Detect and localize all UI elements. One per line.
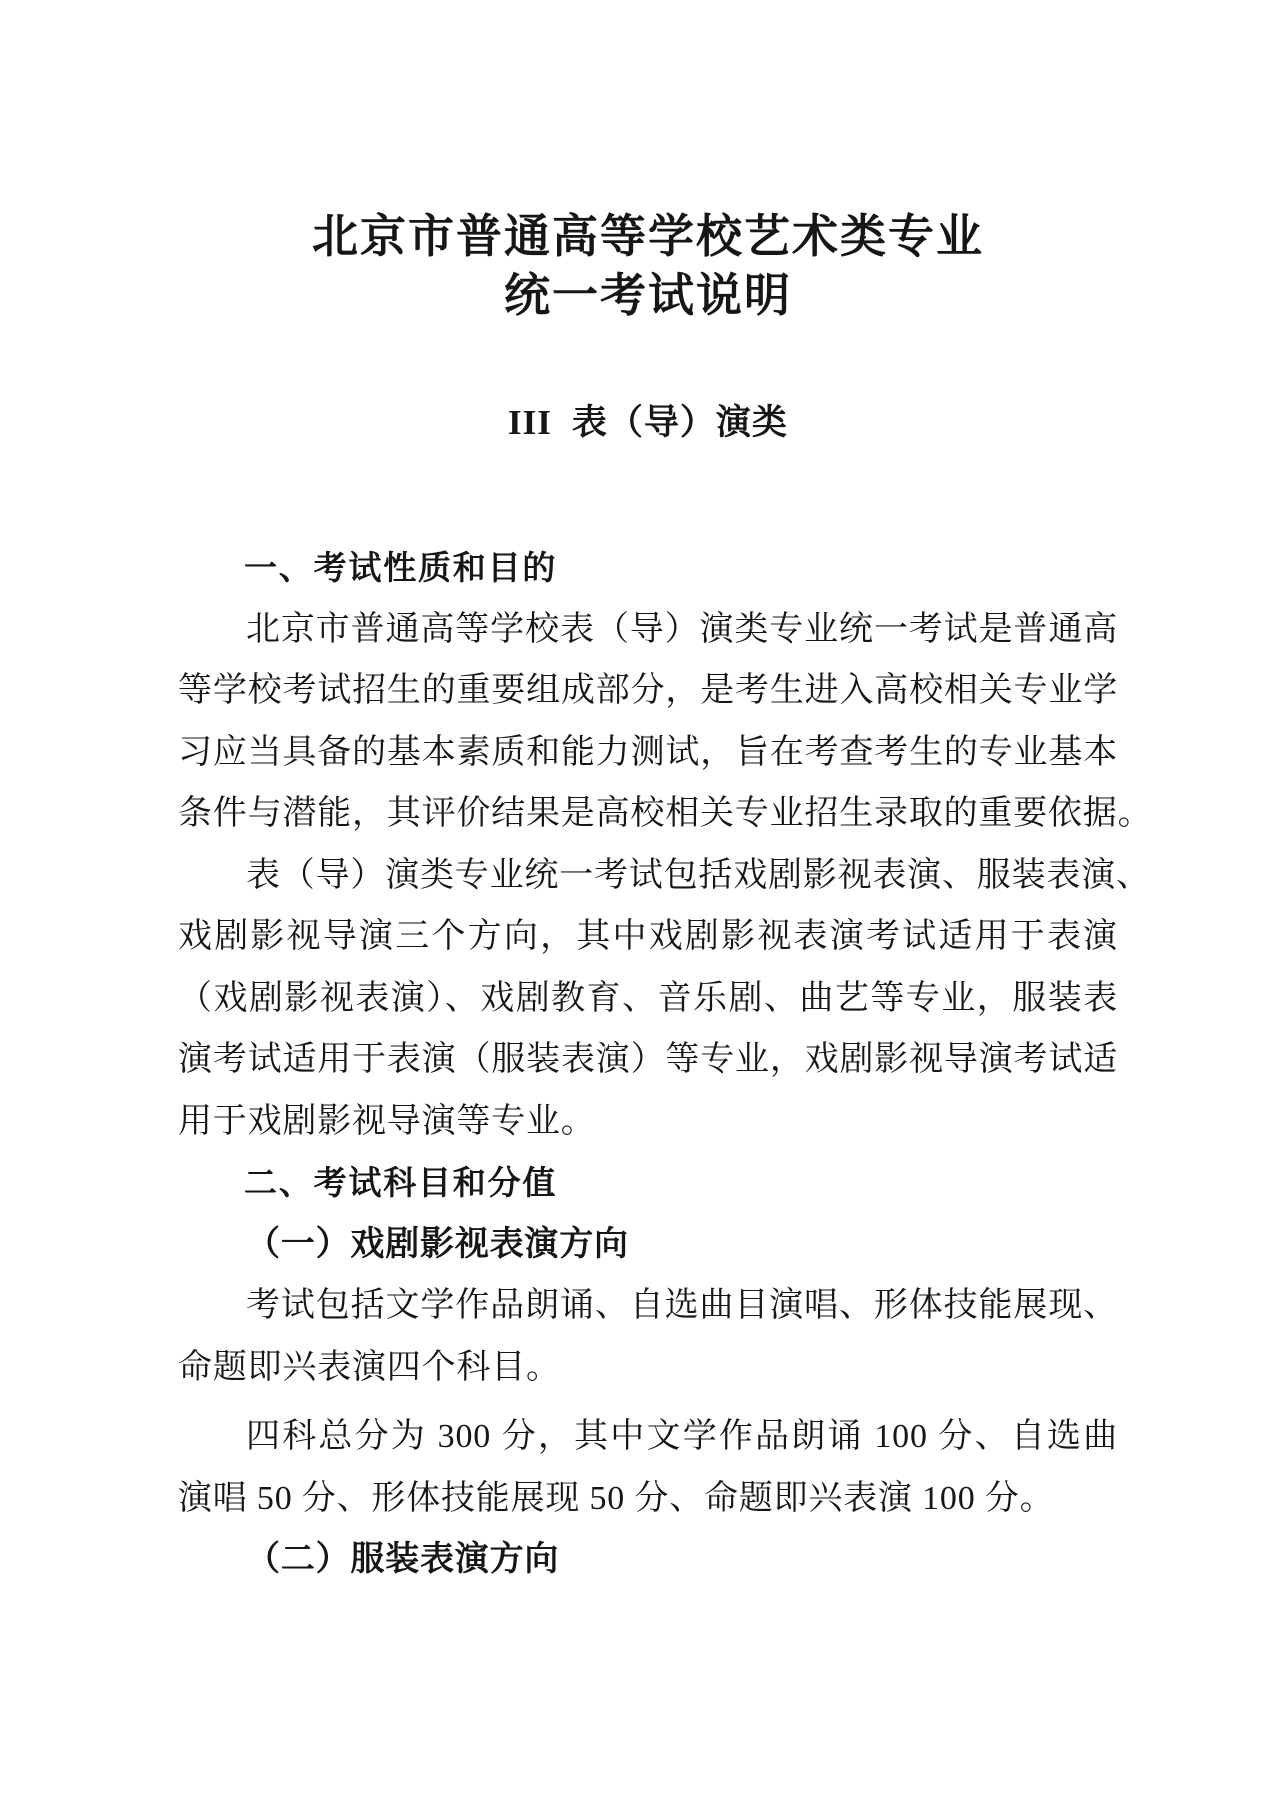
paragraph-1: 北京市普通高等学校表（导）演类专业统一考试是普通高 等学校考试招生的重要组成部分… xyxy=(178,599,1118,845)
paragraph-line: 条件与潜能，其评价结果是高校相关专业招生录取的重要依据。 xyxy=(178,783,1118,845)
document-title: 北京市普通高等学校艺术类专业 统一考试说明 xyxy=(178,207,1118,325)
subtitle-numeral: III xyxy=(508,403,552,442)
paragraph-line: 用于戏剧影视导演等专业。 xyxy=(178,1091,1118,1153)
subsection-1-heading: （一）戏剧影视表演方向 xyxy=(178,1214,1118,1276)
document-subtitle: III表（导）演类 xyxy=(178,393,1118,452)
title-line-1: 北京市普通高等学校艺术类专业 xyxy=(178,207,1118,266)
section-2-heading: 二、考试科目和分值 xyxy=(178,1152,1118,1214)
paragraph-line: 等学校考试招生的重要组成部分，是考生进入高校相关专业学 xyxy=(178,660,1118,722)
title-line-2: 统一考试说明 xyxy=(178,266,1118,325)
paragraph-line: 命题即兴表演四个科目。 xyxy=(178,1337,1118,1399)
section-1-heading: 一、考试性质和目的 xyxy=(178,537,1118,599)
paragraph-2: 表（导）演类专业统一考试包括戏剧影视表演、服装表演、 戏剧影视导演三个方向，其中… xyxy=(178,845,1118,1153)
paragraph-line: 表（导）演类专业统一考试包括戏剧影视表演、服装表演、 xyxy=(178,845,1118,907)
paragraph-line: 考试包括文学作品朗诵、自选曲目演唱、形体技能展现、 xyxy=(178,1275,1118,1337)
paragraph-4: 四科总分为 300 分，其中文学作品朗诵 100 分、自选曲目 演唱 50 分、… xyxy=(178,1406,1118,1529)
paragraph-line: 戏剧影视导演三个方向，其中戏剧影视表演考试适用于表演 xyxy=(178,906,1118,968)
subsection-2-heading: （二）服装表演方向 xyxy=(178,1529,1118,1591)
paragraph-line: 演考试适用于表演（服装表演）等专业，戏剧影视导演考试适 xyxy=(178,1029,1118,1091)
subtitle-text: 表（导）演类 xyxy=(572,403,788,442)
paragraph-line: 习应当具备的基本素质和能力测试，旨在考查考生的专业基本 xyxy=(178,722,1118,784)
paragraph-line: 北京市普通高等学校表（导）演类专业统一考试是普通高 xyxy=(178,599,1118,661)
paragraph-3: 考试包括文学作品朗诵、自选曲目演唱、形体技能展现、 命题即兴表演四个科目。 xyxy=(178,1275,1118,1398)
paragraph-line: 演唱 50 分、形体技能展现 50 分、命题即兴表演 100 分。 xyxy=(178,1468,1118,1530)
paragraph-line: （戏剧影视表演）、戏剧教育、音乐剧、曲艺等专业，服装表 xyxy=(178,968,1118,1030)
document-page: 北京市普通高等学校艺术类专业 统一考试说明 III表（导）演类 一、考试性质和目… xyxy=(0,0,1280,1810)
document-body: 北京市普通高等学校艺术类专业 统一考试说明 III表（导）演类 一、考试性质和目… xyxy=(0,0,1280,1591)
paragraph-line: 四科总分为 300 分，其中文学作品朗诵 100 分、自选曲目 xyxy=(178,1406,1118,1468)
